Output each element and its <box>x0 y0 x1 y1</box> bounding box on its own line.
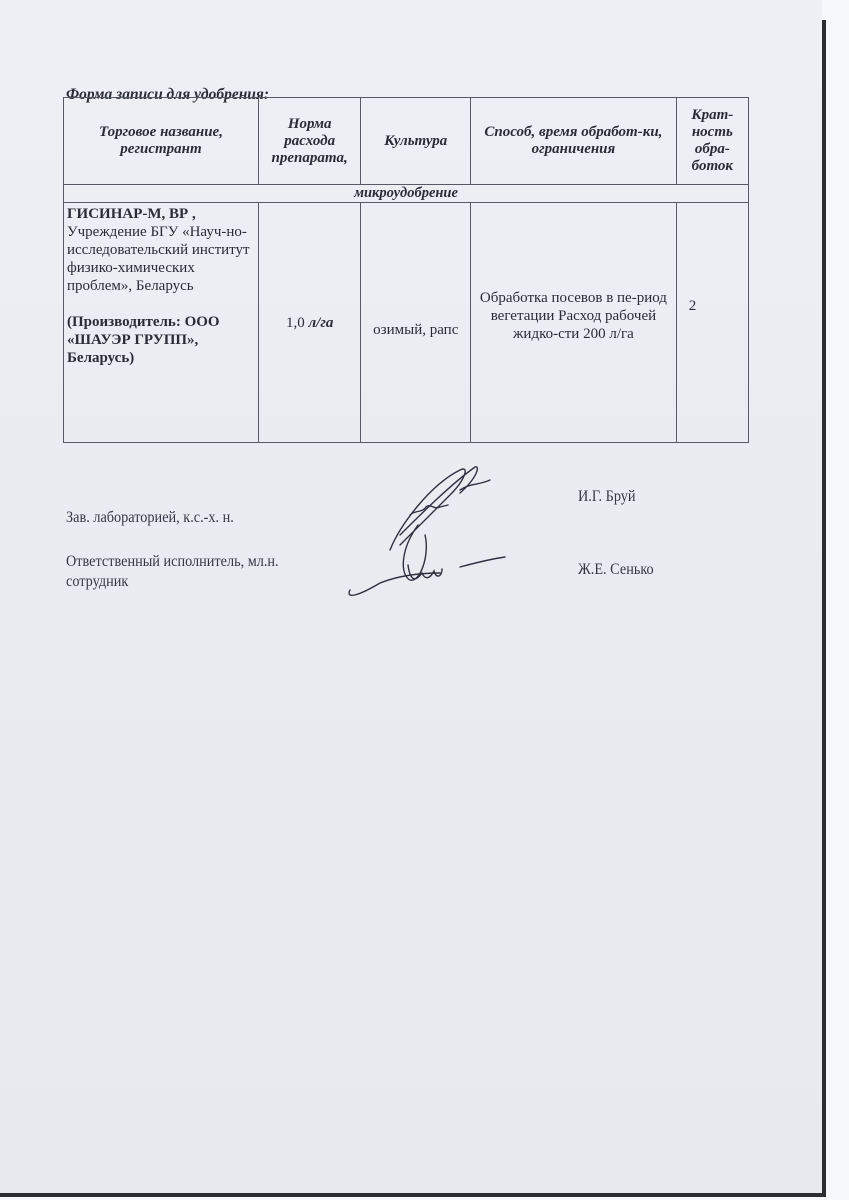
table-row: ГИСИНАР-М, ВР , Учреждение БГУ «Науч-но-… <box>64 203 749 443</box>
cell-method: Обработка посевов в пе-риод вегетации Ра… <box>471 203 677 443</box>
signature-position-2: Ответственный исполнитель, мл.н. сотрудн… <box>66 552 296 592</box>
handwritten-signature-icon <box>330 455 530 605</box>
cell-treatments: 2 <box>676 203 748 443</box>
rate-value: 1,0 <box>286 315 309 331</box>
header-treatments: Крат-ность обра-боток <box>676 98 748 185</box>
rate-unit: л/га <box>308 315 333 331</box>
header-method: Способ, время обработ-ки, ограничения <box>471 98 677 185</box>
signature-position-1: Зав. лабораторией, к.с.-х. н. <box>66 508 234 528</box>
header-trade-name: Торговое название, регистрант <box>64 98 259 185</box>
cell-trade-name: ГИСИНАР-М, ВР , Учреждение БГУ «Науч-но-… <box>64 203 259 443</box>
scan-edge-right <box>822 20 826 1195</box>
product-name: ГИСИНАР-М, ВР , <box>67 205 255 223</box>
signature-name-2: Ж.Е. Сенько <box>578 560 654 580</box>
section-label: микроудобрение <box>64 185 749 203</box>
cell-crop: озимый, рапс <box>361 203 471 443</box>
registrant: Учреждение БГУ «Науч-но-исследовательски… <box>67 223 255 295</box>
cell-rate: 1,0 л/га <box>258 203 360 443</box>
section-row: микроудобрение <box>64 185 749 203</box>
table-header-row: Торговое название, регистрант Норма расх… <box>64 98 749 185</box>
registration-table: Торговое название, регистрант Норма расх… <box>63 97 749 443</box>
header-crop: Культура <box>361 98 471 185</box>
signature-name-1: И.Г. Бруй <box>578 487 636 507</box>
scan-edge-bottom <box>0 1193 826 1197</box>
producer: (Производитель: ООО «ШАУЭР ГРУПП», Белар… <box>67 313 255 367</box>
header-rate: Норма расхода препарата, <box>258 98 360 185</box>
